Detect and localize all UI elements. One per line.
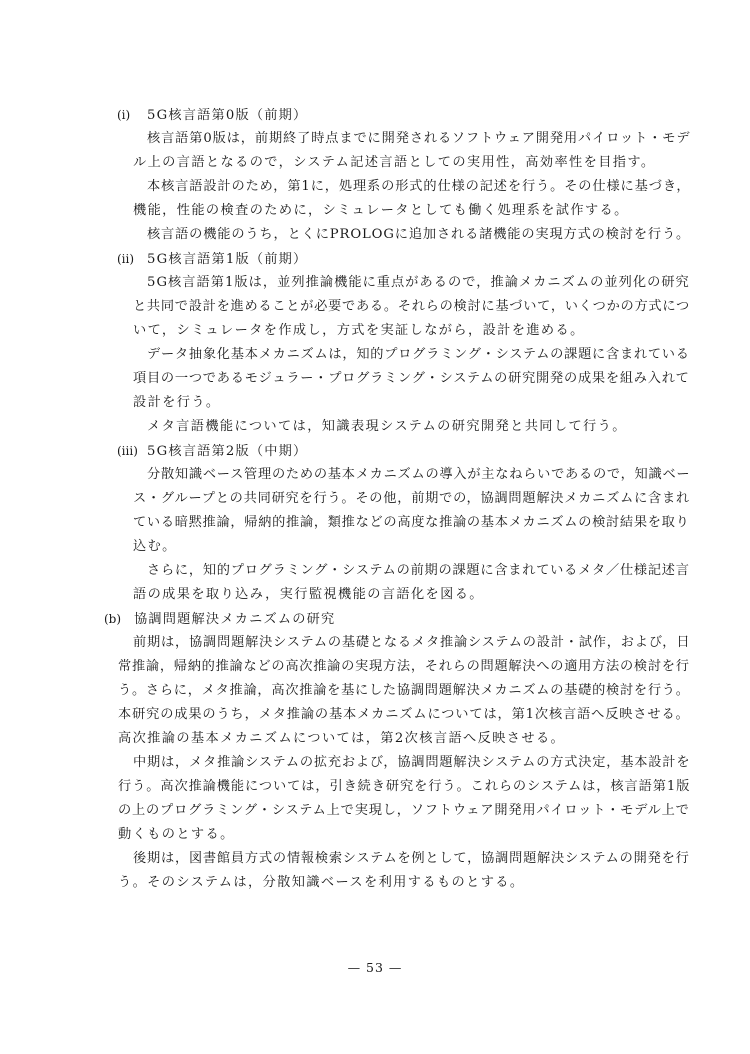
- section-heading-iii: (iii)5G核言語第2版（中期）: [117, 442, 307, 461]
- section-title: 5G核言語第1版（前期）: [147, 252, 307, 267]
- paragraph-line: 込む。: [133, 538, 177, 556]
- paragraph-line: 項目の一つであるモジュラー・プログラミング・システムの研究開発の成果を組み入れて: [133, 370, 690, 388]
- paragraph-line: 語の成果を取り込み，実行監視機能の言語化を図る。: [133, 586, 484, 604]
- paragraph-line: 核言語第0版は，前期終了時点までに開発されるソフトウェア開発用パイロット・モデ: [147, 130, 690, 148]
- paragraph-line: 前期は，協調問題解決システムの基礎となるメタ推論システムの設計・試作，および，日: [133, 634, 690, 652]
- section-title: 協調問題解決メカニズムの研究: [134, 612, 335, 627]
- paragraph-line: データ抽象化基本メカニズムは，知的プログラミング・システムの課題に含まれている: [147, 346, 690, 364]
- paragraph-line: 動くものとする。: [118, 826, 235, 844]
- paragraph-line: 核言語の機能のうち，とくにPROLOGに追加される諸機能の実現方式の検討を行う。: [147, 226, 690, 244]
- section-label: (b): [104, 610, 134, 628]
- section-title: 5G核言語第2版（中期）: [147, 444, 307, 459]
- paragraph-line: メタ言語機能については，知識表現システムの研究開発と共同して行う。: [147, 418, 627, 436]
- paragraph-line: 本研究の成果のうち，メタ推論の基本メカニズムについては，第1次核言語へ反映させる…: [118, 706, 690, 724]
- paragraph-line: う。さらに，メタ推論，高次推論を基にした協調問題解決メカニズムの基礎的検討を行う…: [118, 682, 690, 700]
- paragraph-line: う。そのシステムは，分散知識ベースを利用するものとする。: [118, 874, 524, 892]
- paragraph-line: 中期は，メタ推論システムの拡充および，協調問題解決システムの方式決定，基本設計を: [133, 754, 690, 772]
- section-heading-b: (b)協調問題解決メカニズムの研究: [104, 610, 335, 629]
- paragraph-line: 分散知識ベース管理のための基本メカニズムの導入が主なねらいであるので，知識ベー: [147, 466, 690, 484]
- paragraph-line: ている暗黙推論，帰納的推論，類推などの高度な推論の基本メカニズムの検討結果を取り: [133, 514, 690, 532]
- paragraph-line: 後期は，図書館員方式の情報検索システムを例として，協調問題解決システムの開発を行: [133, 850, 690, 868]
- paragraph-line: 5G核言語第1版は，並列推論機能に重点があるので，推論メカニズムの並列化の研究: [147, 274, 690, 292]
- document-page: (i)5G核言語第0版（前期） 核言語第0版は，前期終了時点までに開発されるソフ…: [0, 0, 750, 1054]
- section-heading-i: (i)5G核言語第0版（前期）: [117, 106, 307, 125]
- paragraph-line: と共同で設計を進めることが必要である。それらの検討に基づいて，いくつかの方式につ: [133, 298, 690, 316]
- paragraph-line: 機能，性能の検査のために，シミュレータとしても働く処理系を試作する。: [133, 202, 629, 220]
- section-label: (i): [117, 106, 147, 124]
- paragraph-line: 常推論，帰納的推論などの高次推論の実現方法，それらの問題解決への適用方法の検討を…: [118, 658, 690, 676]
- paragraph-line: ス・グループとの共同研究を行う。その他，前期での，協調問題解決メカニズムに含まれ: [133, 490, 690, 508]
- section-label: (iii): [117, 442, 147, 460]
- paragraph-line: 本核言語設計のため，第1に，処理系の形式的仕様の記述を行う。その仕様に基づき，: [147, 178, 690, 196]
- section-title: 5G核言語第0版（前期）: [147, 108, 307, 123]
- paragraph-line: さらに，知的プログラミング・システムの前期の課題に含まれているメタ／仕様記述言: [147, 562, 690, 580]
- paragraph-line: 高次推論の基本メカニズムについては，第2次核言語へ反映させる。: [118, 730, 565, 748]
- section-label: (ii): [117, 250, 147, 268]
- page-number: — 53 —: [0, 960, 750, 975]
- section-heading-ii: (ii)5G核言語第1版（前期）: [117, 250, 307, 269]
- paragraph-line: いて，シミュレータを作成し，方式を実証しながら，設計を進める。: [133, 322, 585, 340]
- paragraph-line: ル上の言語となるので，システム記述言語としての実用性，高効率性を目指す。: [133, 154, 656, 172]
- paragraph-line: 行う。高次推論機能については，引き続き研究を行う。これらのシステムは，核言語第1…: [118, 778, 690, 796]
- paragraph-line: 設計を行う。: [133, 394, 221, 412]
- paragraph-line: の上のプログラミング・システム上で実現し，ソフトウェア開発用パイロット・モデル上…: [118, 802, 690, 820]
